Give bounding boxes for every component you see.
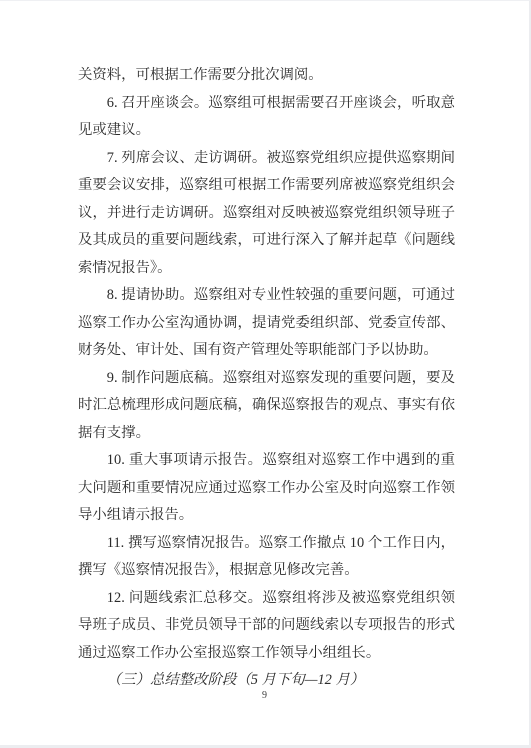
body-paragraph-continuation: 关资料，可根据工作需要分批次调阅。 bbox=[78, 62, 455, 90]
body-paragraph-item-8: 8. 提请协助。巡察组对专业性较强的重要问题，可通过巡察工作办公室沟通协调，提请… bbox=[78, 282, 455, 365]
body-paragraph-item-12: 12. 问题线索汇总移交。巡察组将涉及被巡察党组织领导班子成员、非党员领导干部的… bbox=[78, 585, 455, 668]
document-body: 关资料，可根据工作需要分批次调阅。 6. 召开座谈会。巡察组可根据需要召开座谈会… bbox=[78, 62, 455, 695]
document-page: 关资料，可根据工作需要分批次调阅。 6. 召开座谈会。巡察组可根据需要召开座谈会… bbox=[0, 0, 531, 748]
body-paragraph-item-10: 10. 重大事项请示报告。巡察组对巡察工作中遇到的重大问题和重要情况应通过巡察工… bbox=[78, 447, 455, 530]
body-paragraph-item-6: 6. 召开座谈会。巡察组可根据需要召开座谈会，听取意见或建议。 bbox=[78, 90, 455, 145]
body-paragraph-item-7: 7. 列席会议、走访调研。被巡察党组织应提供巡察期间重要会议安排，巡察组可根据工… bbox=[78, 145, 455, 283]
body-paragraph-item-9: 9. 制作问题底稿。巡察组对巡察发现的重要问题，要及时汇总梳理形成问题底稿，确保… bbox=[78, 365, 455, 448]
body-paragraph-item-11: 11. 撰写巡察情况报告。巡察工作撤点 10 个工作日内，撰写《巡察情况报告》，… bbox=[78, 530, 455, 585]
page-number: 9 bbox=[0, 690, 529, 701]
